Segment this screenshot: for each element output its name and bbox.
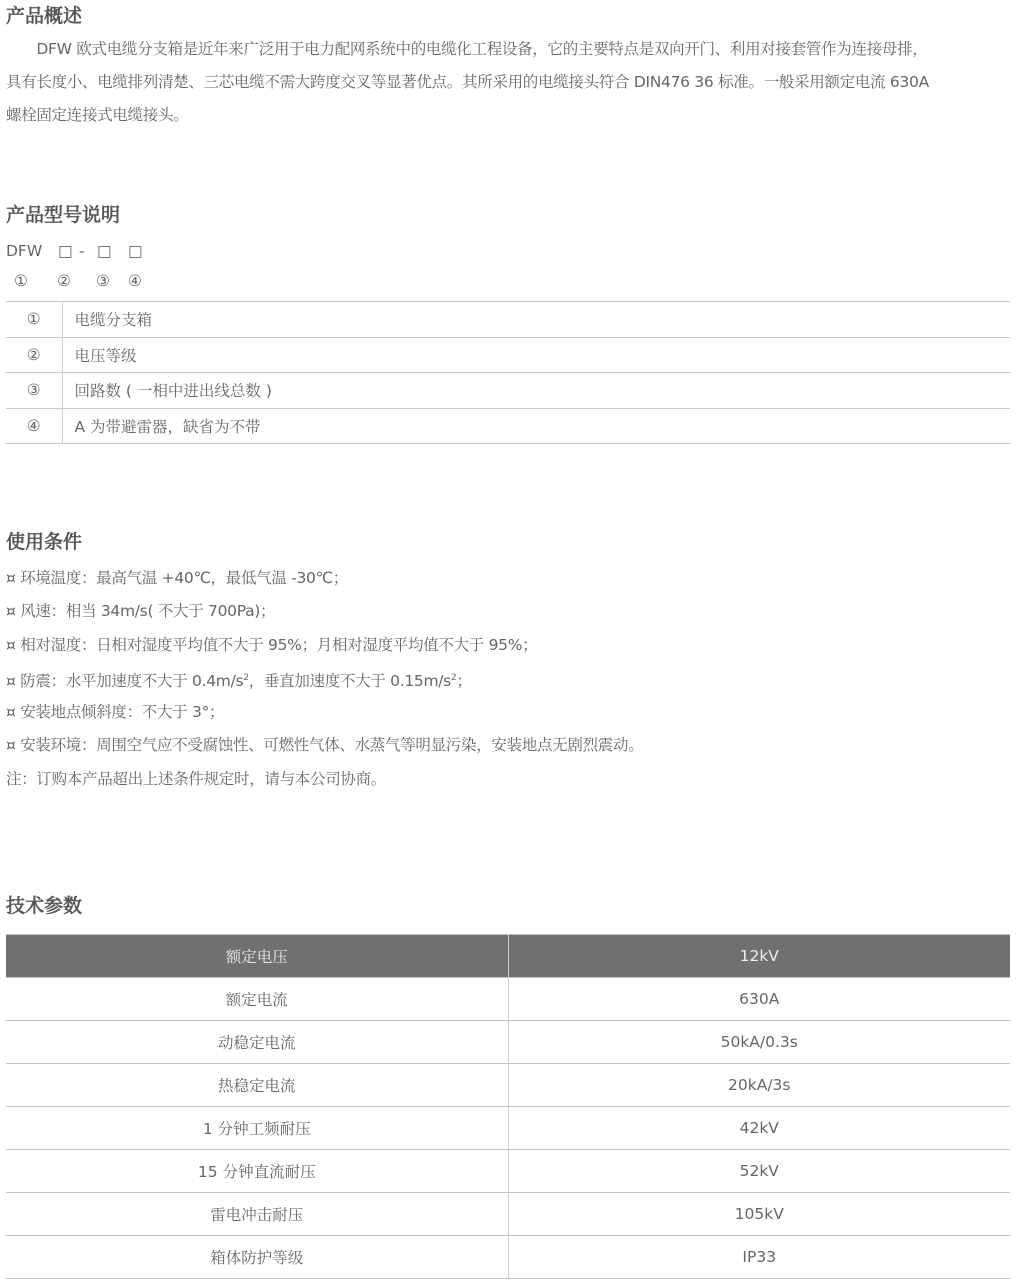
condition-item: ¤ 相对湿度：日相对湿度平均值不大于 95%；月相对湿度平均值不大于 95%； [6,633,537,657]
marker-3: ③ [96,272,110,290]
overview-line-3: 螺栓固定连接式电缆接头。 [6,99,1010,132]
table-header-row: 额定电压 12kV [6,935,1010,978]
specs-table: 额定电压 12kV 额定电流 630A 动稳定电流 50kA/0.3s 热稳定电… [6,934,1010,1279]
table-row: 1 分钟工频耐压 42kV [6,1107,1010,1150]
model-index-markers: ① ② ③ ④ [6,272,206,292]
condition-text: 风速：相当 34m/s( 不大于 700Pa)； [20,602,275,620]
spec-value: 42kV [508,1107,1010,1150]
row-description: 电缆分支箱 [62,302,1010,338]
overview-line-2: 具有长度小、电缆排列清楚、三芯电缆不需大跨度交叉等显著优点。其所采用的电缆接头符… [6,66,1010,99]
row-description: A 为带避雷器，缺省为不带 [62,408,1010,444]
table-row: 额定电流 630A [6,978,1010,1021]
marker-4: ④ [128,272,142,290]
bullet-icon: ¤ [6,602,16,620]
spec-name: 15 分钟直流耐压 [6,1150,508,1193]
model-code-prefix: DFW [6,242,42,260]
overview-paragraph: DFW 欧式电缆分支箱是近年来广泛用于电力配网系统中的电缆化工程设备，它的主要特… [6,33,1010,132]
spec-name: 动稳定电流 [6,1021,508,1064]
condition-text: 防震：水平加速度不大于 0.4m/s [20,672,243,690]
spec-name: 箱体防护等级 [6,1236,508,1279]
spec-name: 额定电压 [6,935,508,978]
condition-item: ¤ 环境温度：最高气温 +40℃，最低气温 -30℃； [6,566,348,590]
spec-value: 12kV [508,935,1010,978]
condition-text: 安装地点倾斜度：不大于 3°； [20,703,224,721]
condition-text: ，垂直加速度不大于 0.15m/s [249,672,451,690]
spec-name: 雷电冲击耐压 [6,1193,508,1236]
spec-value: 50kA/0.3s [508,1021,1010,1064]
table-row: 箱体防护等级 IP33 [6,1236,1010,1279]
model-code-box-2: □ [58,242,73,260]
spec-value: 105kV [508,1193,1010,1236]
condition-item: ¤ 安装地点倾斜度：不大于 3°； [6,700,224,724]
condition-text: ； [456,672,471,690]
marker-2: ② [57,272,71,290]
table-row: ① 电缆分支箱 [6,302,1010,338]
condition-text: 环境温度：最高气温 +40℃，最低气温 -30℃； [20,569,348,587]
bullet-icon: ¤ [6,569,16,587]
condition-item: ¤ 防震：水平加速度不大于 0.4m/s2，垂直加速度不大于 0.15m/s2； [6,666,472,693]
table-row: 热稳定电流 20kA/3s [6,1064,1010,1107]
model-table: ① 电缆分支箱 ② 电压等级 ③ 回路数 ( 一相中进出线总数 ) ④ A 为带… [6,301,1010,444]
overview-title: 产品概述 [6,2,82,30]
spec-value: 20kA/3s [508,1064,1010,1107]
row-number: ④ [6,408,62,444]
bullet-icon: ¤ [6,636,16,654]
row-description: 电压等级 [62,337,1010,373]
model-code-box-4: □ [128,242,143,260]
model-code-box-3: □ [97,242,112,260]
bullet-icon: ¤ [6,672,16,690]
spec-value: 52kV [508,1150,1010,1193]
condition-text: 安装环境：周围空气应不受腐蚀性、可燃性气体、水蒸气等明显污染，安装地点无剧烈震动… [20,736,643,754]
condition-item: ¤ 风速：相当 34m/s( 不大于 700Pa)； [6,599,275,623]
table-row: ③ 回路数 ( 一相中进出线总数 ) [6,373,1010,409]
model-title: 产品型号说明 [6,201,120,229]
spec-name: 热稳定电流 [6,1064,508,1107]
condition-item: ¤ 安装环境：周围空气应不受腐蚀性、可燃性气体、水蒸气等明显污染，安装地点无剧烈… [6,733,643,757]
table-row: 动稳定电流 50kA/0.3s [6,1021,1010,1064]
spec-value: 630A [508,978,1010,1021]
row-description: 回路数 ( 一相中进出线总数 ) [62,373,1010,409]
conditions-title: 使用条件 [6,528,82,556]
row-number: ① [6,302,62,338]
spec-name: 1 分钟工频耐压 [6,1107,508,1150]
table-row: ② 电压等级 [6,337,1010,373]
spec-value: IP33 [508,1236,1010,1279]
spec-name: 额定电流 [6,978,508,1021]
model-code: DFW □ - □ □ [6,242,206,262]
table-row: 雷电冲击耐压 105kV [6,1193,1010,1236]
bullet-icon: ¤ [6,703,16,721]
table-row: ④ A 为带避雷器，缺省为不带 [6,408,1010,444]
row-number: ③ [6,373,62,409]
model-code-dash: - [79,242,85,260]
conditions-note: 注：订购本产品超出上述条件规定时，请与本公司协商。 [6,767,386,791]
specs-title: 技术参数 [6,892,82,920]
row-number: ② [6,337,62,373]
table-row: 15 分钟直流耐压 52kV [6,1150,1010,1193]
overview-line-1: DFW 欧式电缆分支箱是近年来广泛用于电力配网系统中的电缆化工程设备，它的主要特… [6,33,1010,66]
bullet-icon: ¤ [6,736,16,754]
condition-text: 相对湿度：日相对湿度平均值不大于 95%；月相对湿度平均值不大于 95%； [20,636,537,654]
marker-1: ① [14,272,28,290]
